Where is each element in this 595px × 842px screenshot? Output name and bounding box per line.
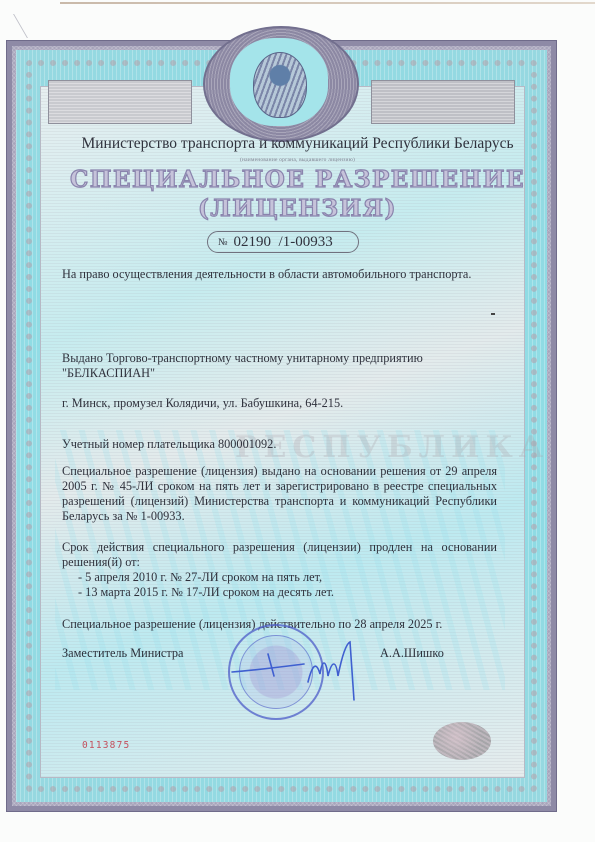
- licensee-name: "БЕЛКАСПИАН": [62, 366, 497, 381]
- licensee-line: Выдано Торгово-транспортному частному ун…: [62, 351, 497, 366]
- document-title: СПЕЦИАЛЬНОЕ РАЗРЕШЕНИЕ: [0, 166, 595, 193]
- extension-block: Срок действия специального разрешения (л…: [62, 540, 497, 600]
- extension-item: - 5 апреля 2010 г. № 27-ЛИ сроком на пят…: [62, 570, 497, 585]
- license-purpose: На право осуществления деятельности в об…: [62, 267, 497, 282]
- licensee: Выдано Торгово-транспортному частному ун…: [62, 351, 497, 381]
- security-panel-right: [371, 80, 515, 124]
- scan-corner-mark: [0, 14, 28, 38]
- issuing-authority-caption: (наименование органа, выдавшего лицензию…: [0, 157, 595, 163]
- issuing-authority: Министерство транспорта и коммуникаций Р…: [0, 135, 595, 153]
- signature-icon: [228, 630, 368, 702]
- scan-edge: [60, 2, 595, 4]
- extension-item: - 13 марта 2015 г. № 17-ЛИ сроком на дес…: [62, 585, 497, 600]
- signer-position: Заместитель Министра: [62, 646, 184, 661]
- scan-artifact: [491, 313, 495, 315]
- document-subtitle: (ЛИЦЕНЗИЯ): [0, 195, 595, 222]
- number-sign: №: [218, 237, 228, 248]
- state-emblem-icon: [253, 52, 307, 118]
- hologram-sticker: [433, 722, 491, 760]
- licensee-address: г. Минск, промузел Колядичи, ул. Бабушки…: [62, 396, 497, 411]
- license-number: № 02190 /1-00933: [207, 231, 359, 253]
- signer-name: А.А.Шишко: [380, 646, 444, 661]
- security-panel-left: [48, 80, 192, 124]
- extension-intro: Срок действия специального разрешения (л…: [62, 540, 497, 570]
- taxpayer-number: Учетный номер плательщика 800001092.: [62, 437, 497, 452]
- form-serial-number: 0113875: [82, 740, 130, 751]
- issuance-basis: Специальное разрешение (лицензия) выдано…: [62, 464, 497, 524]
- license-number-value: 02190 /1-00933: [234, 234, 333, 251]
